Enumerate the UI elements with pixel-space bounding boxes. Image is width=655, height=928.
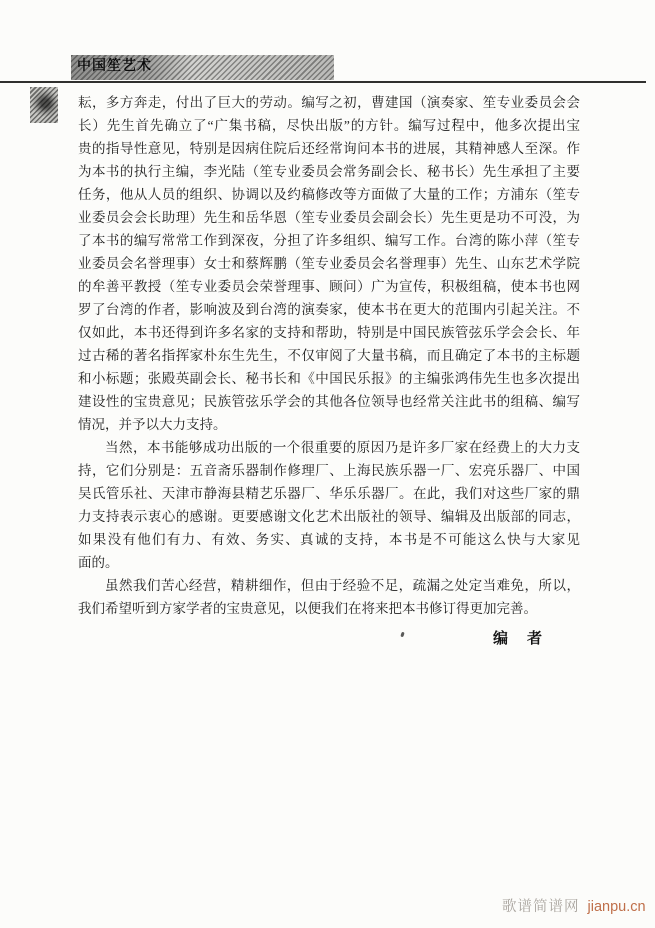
paragraph-1: 耘，多方奔走，付出了巨大的劳动。编写之初，曹建国（演奏家、笙专业委员会会 长）先… [78,91,580,436]
header-band-title: 中国笙艺术 [77,59,152,75]
text-line: 业委员会名誉理事）女士和蔡辉鹏（笙专业委员会名誉理事）先生、山东艺术学院 [78,252,580,275]
text-line: 持，它们分别是：五音斋乐器制作修理厂、上海民族乐器一厂、宏亮乐器厂、中国 [78,459,580,482]
text-line: 仅如此，本书还得到许多名家的支持和帮助，特别是中国民族管弦乐学会会长、年 [78,321,580,344]
text-line: 耘，多方奔走，付出了巨大的劳动。编写之初，曹建国（演奏家、笙专业委员会会 [78,91,580,114]
text-line: 过古稀的著名指挥家朴东生先生，不仅审阅了大量书稿，而且确定了本书的主标题 [78,344,580,367]
text-line: 建设性的宝贵意见；民族管弦乐学会的其他各位领导也经常关注此书的组稿、编写 [78,390,580,413]
text-line: 业委员会会长助理）先生和岳华恩（笙专业委员会副会长）先生更是功不可没，为 [78,206,580,229]
paragraph-3: 虽然我们苦心经营，精耕细作，但由于经验不足，疏漏之处定当难免，所以， 我们希望听… [78,574,580,620]
text-line: 虽然我们苦心经营，精耕细作，但由于经验不足，疏漏之处定当难免，所以， [78,574,580,597]
text-line: 如果没有他们有力、有效、务实、真诚的支持，本书是不可能这么快与大家见 [78,528,580,551]
text-line: 任务，他从人员的组织、协调以及约稿修改等方面做了大量的工作；方浦东（笙专 [78,183,580,206]
watermark-site-name: 歌谱简谱网 [502,899,580,915]
text-line: 了本书的编写常常工作到深夜，分担了许多组织、编写工作。台湾的陈小萍（笙专 [78,229,580,252]
text-line: 当然，本书能够成功出版的一个很重要的原因乃是许多厂家在经费上的大力支 [78,436,580,459]
watermark-site-url: jianpu.cn [588,899,646,915]
text-line: 情况，并予以大力支持。 [78,413,580,436]
ink-speck [400,632,404,638]
site-watermark: 歌谱简谱网 jianpu.cn [502,899,646,915]
body-text: 耘，多方奔走，付出了巨大的劳动。编写之初，曹建国（演奏家、笙专业委员会会 长）先… [78,91,580,620]
text-line: 为本书的执行主编，李光陆（笙专业委员会常务副会长、秘书长）先生承担了主要 [78,160,580,183]
header-rule [0,81,646,83]
text-line: 的牟善平教授（笙专业委员会荣誉理事、顾问）广为宣传，积极组稿，使本书也网 [78,275,580,298]
scanned-book-page: 中国笙艺术 耘，多方奔走，付出了巨大的劳动。编写之初，曹建国（演奏家、笙专业委员… [0,0,655,928]
text-line: 我们希望听到方家学者的宝贵意见，以便我们在将来把本书修订得更加完善。 [78,597,580,620]
editor-signature: 编 者 [493,627,544,648]
text-line: 面的。 [78,551,580,574]
text-line: 罗了台湾的作者，影响波及到台湾的演奏家，使本书在更大的范围内引起关注。不 [78,298,580,321]
text-line: 力支持表示衷心的感谢。更要感谢文化艺术出版社的领导、编辑及出版部的同志， [78,505,580,528]
margin-hatch-mark [30,87,58,123]
text-line: 贵的指导性意见，特别是因病住院后还经常询问本书的进展，其精神感人至深。作 [78,137,580,160]
text-line: 长）先生首先确立了“广集书稿，尽快出版”的方针。编写过程中，他多次提出宝 [78,114,580,137]
paragraph-2: 当然，本书能够成功出版的一个很重要的原因乃是许多厂家在经费上的大力支 持，它们分… [78,436,580,574]
text-line: 和小标题；张殿英副会长、秘书长和《中国民乐报》的主编张鸿伟先生也多次提出 [78,367,580,390]
header-band: 中国笙艺术 [71,55,334,80]
text-line: 吴氏管乐社、天津市静海县精艺乐器厂、华乐乐器厂。在此，我们对这些厂家的鼎 [78,482,580,505]
